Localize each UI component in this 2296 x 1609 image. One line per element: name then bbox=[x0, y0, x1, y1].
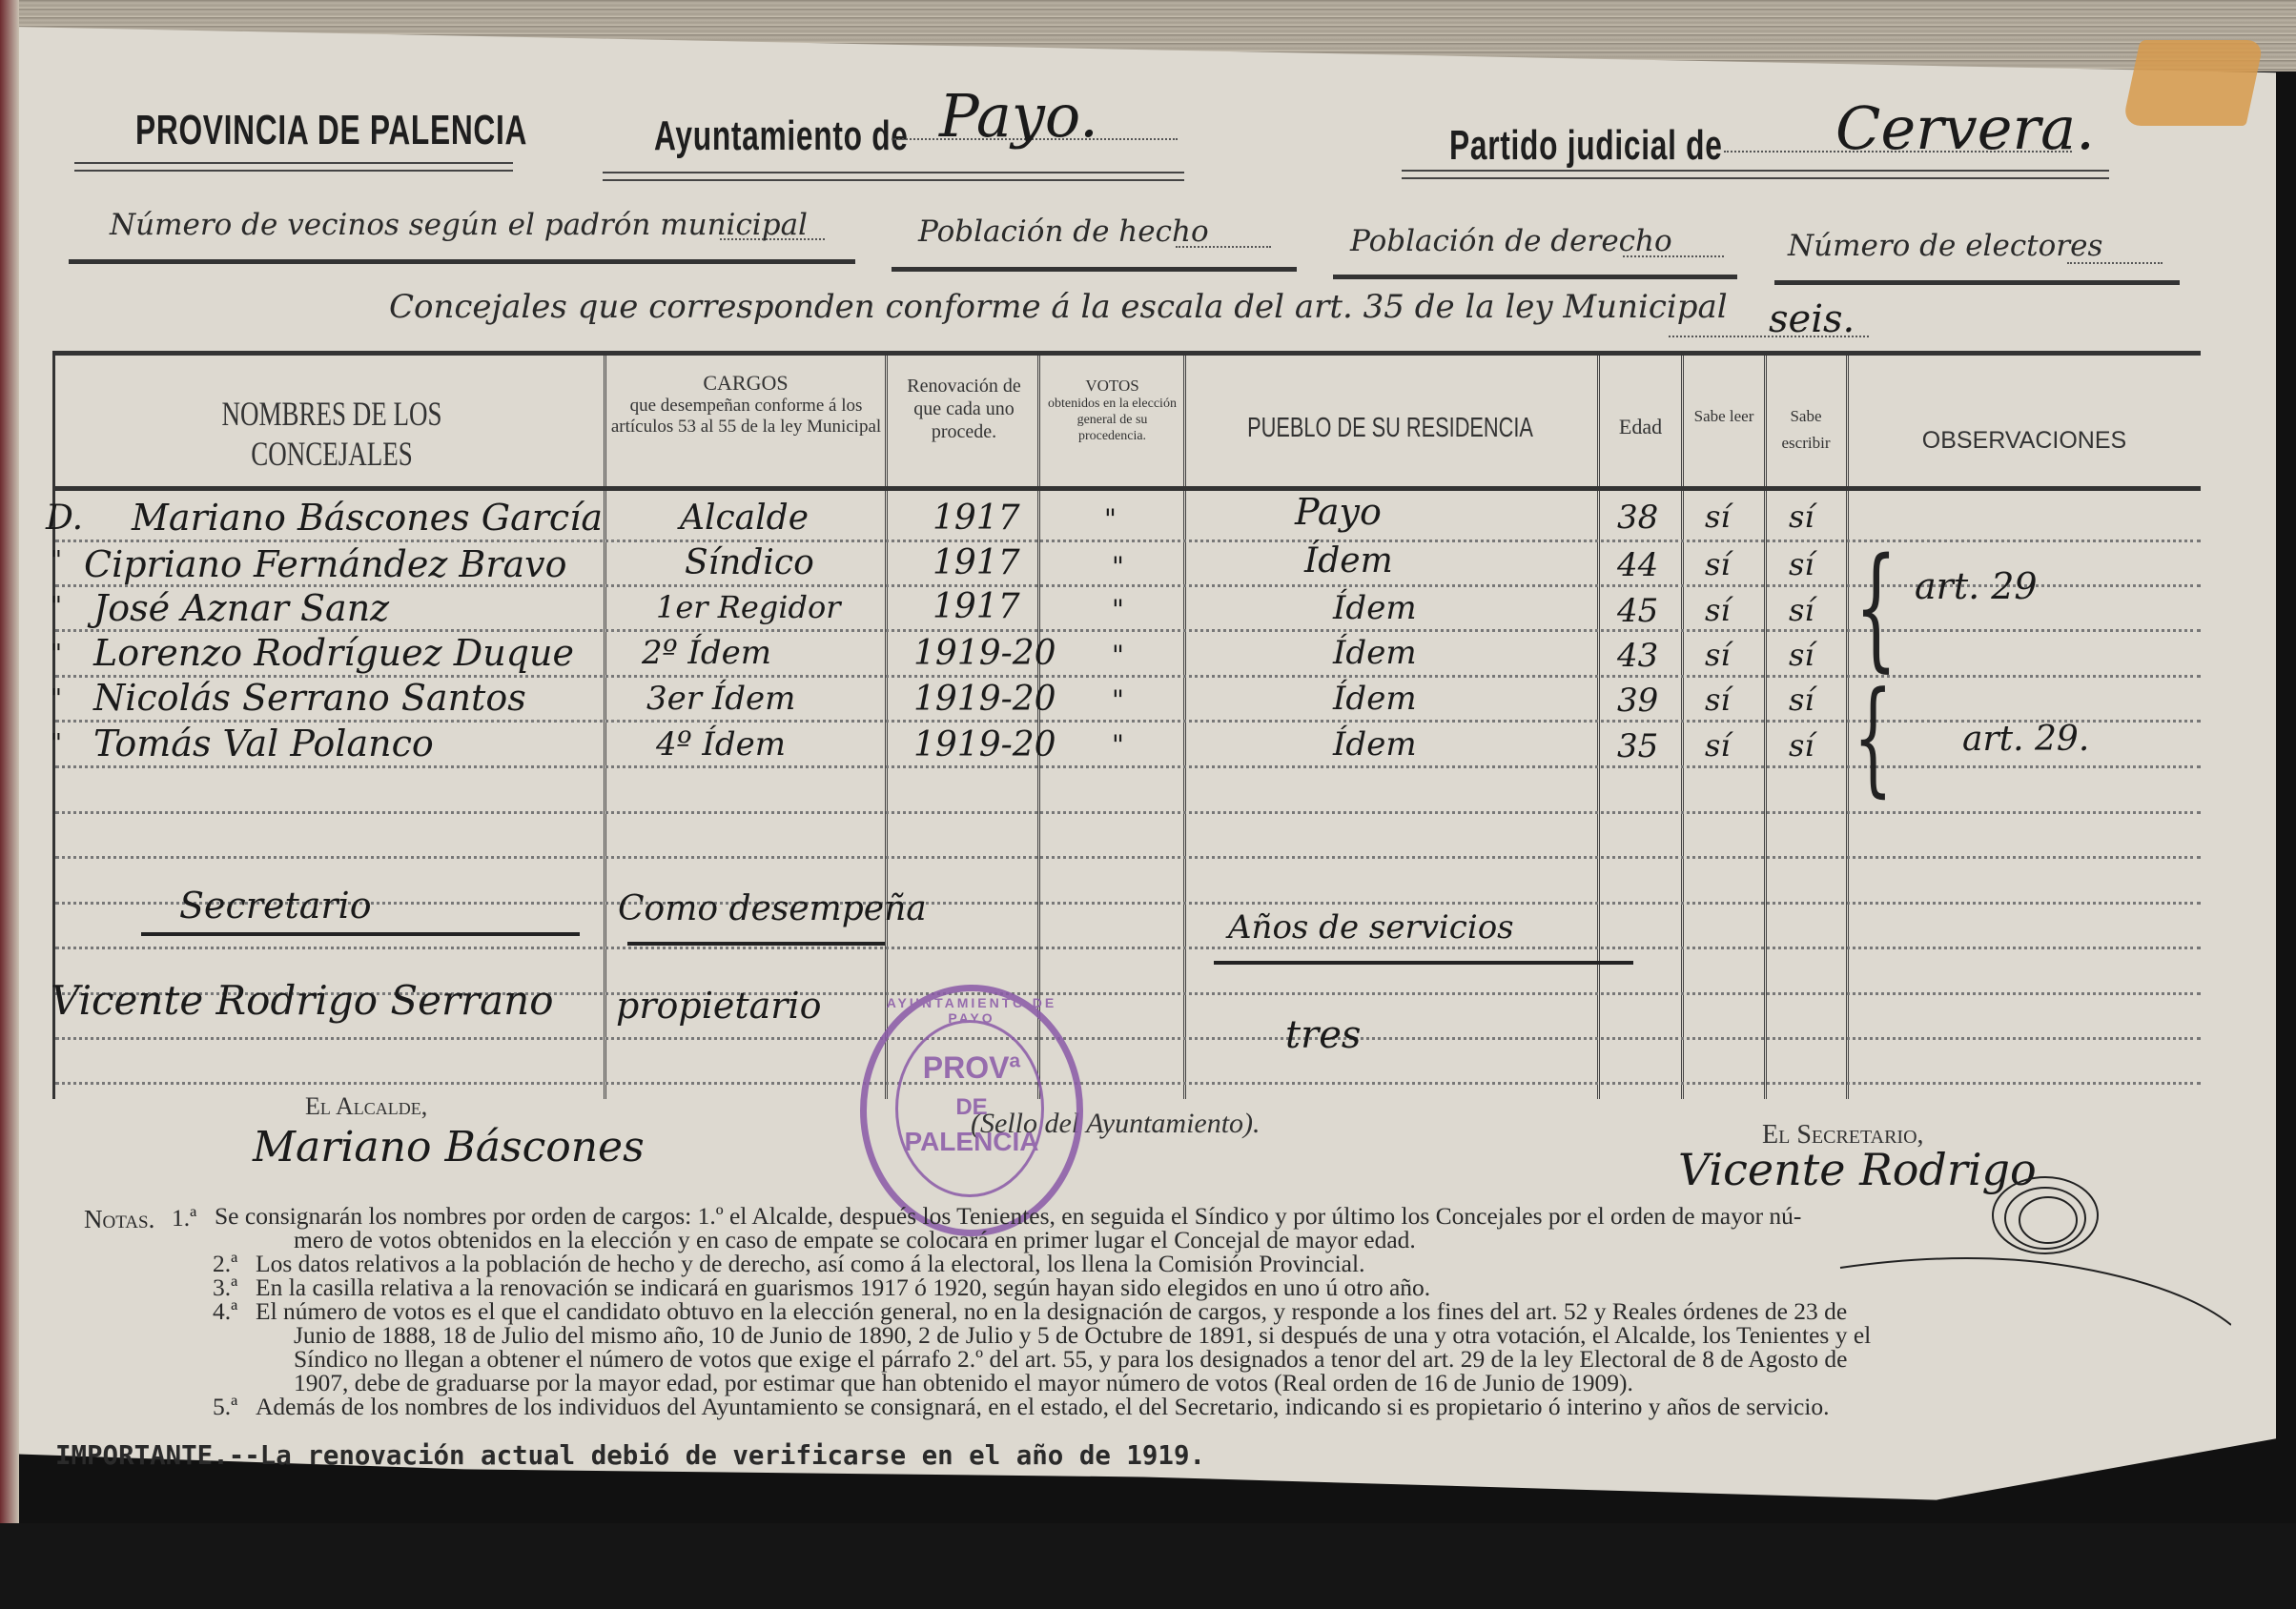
cargo: 4º Ídem bbox=[656, 725, 786, 764]
header-pueblo: PUEBLO DE SU RESIDENCIA bbox=[1237, 413, 1545, 444]
header-cargos-title: CARGOS bbox=[606, 371, 885, 396]
background-shadow bbox=[0, 1523, 2296, 1609]
row-line bbox=[55, 1082, 2201, 1085]
row-line bbox=[55, 902, 2201, 905]
important-notice: IMPORTANTE.--La renovación actual debió … bbox=[55, 1439, 1205, 1471]
tape-stain bbox=[2122, 40, 2264, 126]
poblacion-derecho-label: Población de derecho bbox=[1350, 224, 1672, 258]
note-line: Se consignarán los nombres por orden de … bbox=[215, 1204, 1801, 1228]
concejales-value: seis. bbox=[1769, 297, 1855, 341]
col-divider bbox=[885, 356, 888, 1099]
secretario-label: Secretario bbox=[179, 885, 372, 927]
ayuntamiento-label: Ayuntamiento de bbox=[654, 112, 909, 160]
ayuntamiento-stamp: PROVª DE PALENCIA AYUNTAMIENTO DE PAYO bbox=[860, 985, 1083, 1236]
underline bbox=[141, 932, 580, 936]
stamp-line1: PROVª bbox=[867, 1050, 1076, 1086]
secretario-name: Vicente Rodrigo Serrano bbox=[51, 977, 554, 1024]
votos: " bbox=[1104, 503, 1117, 535]
note-line: El número de votos es el que el candidat… bbox=[256, 1299, 1847, 1323]
concejal-name: Nicolás Serrano Santos bbox=[93, 677, 526, 719]
rubric-flourish-icon bbox=[1831, 1172, 2231, 1334]
edad: 38 bbox=[1617, 499, 1658, 537]
sabe-leer: sí bbox=[1705, 592, 1731, 628]
alcalde-label: El Alcalde, bbox=[305, 1092, 427, 1121]
edad: 35 bbox=[1617, 727, 1658, 765]
renovacion: 1919-20 bbox=[913, 634, 1056, 673]
poblacion-derecho-field[interactable] bbox=[1623, 255, 1724, 257]
concejal-name: Tomás Val Polanco bbox=[93, 723, 434, 764]
stamp-outer-text: AYUNTAMIENTO DE PAYO bbox=[867, 995, 1076, 1026]
sabe-escribir: sí bbox=[1789, 546, 1814, 582]
header-renovacion: Renovación de que cada uno procede. bbox=[894, 375, 1034, 443]
vecinos-field[interactable] bbox=[720, 238, 825, 240]
concejal-name: Mariano Báscones García bbox=[132, 497, 603, 539]
renovacion: 1917 bbox=[933, 587, 1020, 626]
sabe-leer: sí bbox=[1705, 637, 1731, 673]
ayuntamiento-value: Payo. bbox=[939, 81, 1098, 151]
note-line: 1907, debe de graduarse por la mayor eda… bbox=[294, 1371, 1633, 1395]
row-prefix: " bbox=[51, 546, 62, 575]
electores-label: Número de electores bbox=[1788, 229, 2102, 263]
sabe-escribir: sí bbox=[1789, 637, 1814, 673]
servicio-label: Años de servicios bbox=[1228, 908, 1514, 947]
edad: 43 bbox=[1617, 637, 1658, 675]
col-divider bbox=[1764, 356, 1767, 1099]
alcalde-signature: Mariano Báscones bbox=[253, 1123, 645, 1171]
header-nombres: NOMBRES DE LOS CONCEJALES bbox=[139, 394, 525, 474]
note-line: mero de votos obtenidos en la elección y… bbox=[294, 1228, 1416, 1252]
row-line bbox=[55, 856, 2201, 859]
renovacion: 1919-20 bbox=[913, 725, 1056, 764]
sabe-leer: sí bbox=[1705, 546, 1731, 582]
poblacion-hecho-label: Población de hecho bbox=[918, 214, 1209, 249]
pueblo: Ídem bbox=[1304, 541, 1393, 580]
secretario-servicio: tres bbox=[1285, 1013, 1361, 1057]
row-prefix: D. bbox=[46, 499, 83, 538]
note-line: Síndico no llegan a obtener el número de… bbox=[294, 1347, 1847, 1371]
province-title: PROVINCIA DE PALENCIA bbox=[135, 107, 527, 154]
concejal-name: Lorenzo Rodríguez Duque bbox=[93, 632, 574, 674]
stamp-line2: DE bbox=[867, 1094, 1076, 1121]
edad: 45 bbox=[1617, 592, 1658, 630]
renovacion: 1919-20 bbox=[913, 680, 1056, 719]
pueblo: Ídem bbox=[1333, 634, 1417, 672]
partido-value: Cervera. bbox=[1835, 93, 2095, 163]
observacion-1: art. 29 bbox=[1915, 565, 2038, 607]
note-line: Los datos relativos a la población de he… bbox=[256, 1252, 1364, 1275]
pueblo: Ídem bbox=[1333, 725, 1417, 764]
header-sabe-leer: Sabe leer bbox=[1686, 403, 1762, 430]
note-line: Junio de 1888, 18 de Julio del mismo año… bbox=[294, 1323, 1871, 1347]
divider bbox=[1402, 170, 2109, 179]
votos: " bbox=[1112, 640, 1124, 671]
note-number: 1.ª bbox=[172, 1206, 196, 1230]
sabe-escribir: sí bbox=[1789, 727, 1814, 764]
poblacion-hecho-field[interactable] bbox=[1176, 246, 1271, 248]
concejales-table: NOMBRES DE LOS CONCEJALES CARGOS que des… bbox=[52, 351, 2201, 1099]
secretario-cargo: propietario bbox=[616, 985, 821, 1027]
vecinos-label: Número de vecinos según el padrón munici… bbox=[110, 208, 808, 242]
votos: " bbox=[1112, 551, 1124, 582]
brace-icon: { bbox=[1854, 675, 1893, 799]
divider bbox=[1333, 275, 1737, 279]
underline bbox=[1214, 961, 1633, 965]
pueblo: Ídem bbox=[1333, 680, 1417, 718]
note-number: 4.ª bbox=[213, 1299, 237, 1323]
header-votos-title: VOTOS bbox=[1043, 377, 1181, 396]
concejales-label: Concejales que corresponden conforme á l… bbox=[389, 288, 1728, 326]
row-prefix: " bbox=[51, 592, 62, 621]
note-number: 5.ª bbox=[213, 1395, 237, 1418]
cargo-label: Como desempeña bbox=[618, 889, 927, 928]
sabe-leer: sí bbox=[1705, 499, 1731, 535]
col-divider bbox=[604, 356, 606, 1099]
col-divider bbox=[1846, 356, 1849, 1099]
col-divider bbox=[1597, 356, 1600, 1099]
row-line bbox=[55, 1037, 2201, 1040]
divider bbox=[74, 162, 513, 172]
pueblo: Payo bbox=[1295, 491, 1382, 533]
sabe-leer: sí bbox=[1705, 682, 1731, 718]
sabe-escribir: sí bbox=[1789, 592, 1814, 628]
header-edad: Edad bbox=[1600, 415, 1681, 439]
book-binding-edge bbox=[0, 0, 19, 1609]
cargo: Alcalde bbox=[680, 499, 809, 538]
votos: " bbox=[1112, 729, 1124, 761]
header-observaciones: OBSERVACIONES bbox=[1848, 427, 2201, 455]
row-prefix: " bbox=[51, 640, 62, 668]
divider bbox=[892, 267, 1297, 272]
cargo: 3er Ídem bbox=[646, 680, 795, 718]
sabe-leer: sí bbox=[1705, 727, 1731, 764]
votos: " bbox=[1112, 684, 1124, 716]
concejal-name: Cipriano Fernández Bravo bbox=[84, 543, 567, 585]
edad: 39 bbox=[1617, 682, 1658, 720]
stamp-line3: PALENCIA bbox=[867, 1127, 1076, 1157]
partido-label: Partido judicial de bbox=[1449, 122, 1723, 170]
col-divider bbox=[1681, 356, 1684, 1099]
cargo: Síndico bbox=[685, 543, 814, 582]
edad: 44 bbox=[1617, 546, 1658, 584]
col-divider bbox=[1183, 356, 1186, 1099]
renovacion: 1917 bbox=[933, 543, 1020, 582]
row-line bbox=[55, 811, 2201, 814]
electores-field[interactable] bbox=[2067, 262, 2163, 264]
header-votos-sub: obtenidos en la elección general de su p… bbox=[1043, 396, 1181, 444]
note-line: Además de los nombres de los individuos … bbox=[256, 1395, 1830, 1418]
note-number: 3.ª bbox=[213, 1275, 237, 1299]
note-number: 2.ª bbox=[213, 1252, 237, 1275]
row-prefix: " bbox=[51, 729, 62, 758]
cargo: 1er Regidor bbox=[656, 589, 841, 625]
divider bbox=[69, 259, 855, 264]
sabe-escribir: sí bbox=[1789, 499, 1814, 535]
row-prefix: " bbox=[51, 684, 62, 713]
row-line bbox=[55, 947, 2201, 949]
note-line: En la casilla relativa a la renovación s… bbox=[256, 1275, 1430, 1299]
concejal-name: José Aznar Sanz bbox=[93, 587, 389, 629]
votos: " bbox=[1112, 594, 1124, 625]
brace-icon: { bbox=[1855, 541, 1897, 675]
sabe-escribir: sí bbox=[1789, 682, 1814, 718]
header-rule bbox=[55, 486, 2201, 491]
divider bbox=[1774, 280, 2180, 285]
renovacion: 1917 bbox=[933, 499, 1020, 538]
header-sabe-escribir: Sabe escribir bbox=[1768, 403, 1844, 457]
notes-label: Notas. bbox=[84, 1208, 154, 1232]
pueblo: Ídem bbox=[1333, 589, 1417, 627]
cargo: 2º Ídem bbox=[642, 634, 771, 672]
observacion-2: art. 29. bbox=[1962, 720, 2089, 759]
divider bbox=[603, 172, 1184, 181]
underline bbox=[627, 942, 885, 946]
header-cargos-sub: que desempeñan conforme á los artículos … bbox=[610, 396, 882, 438]
